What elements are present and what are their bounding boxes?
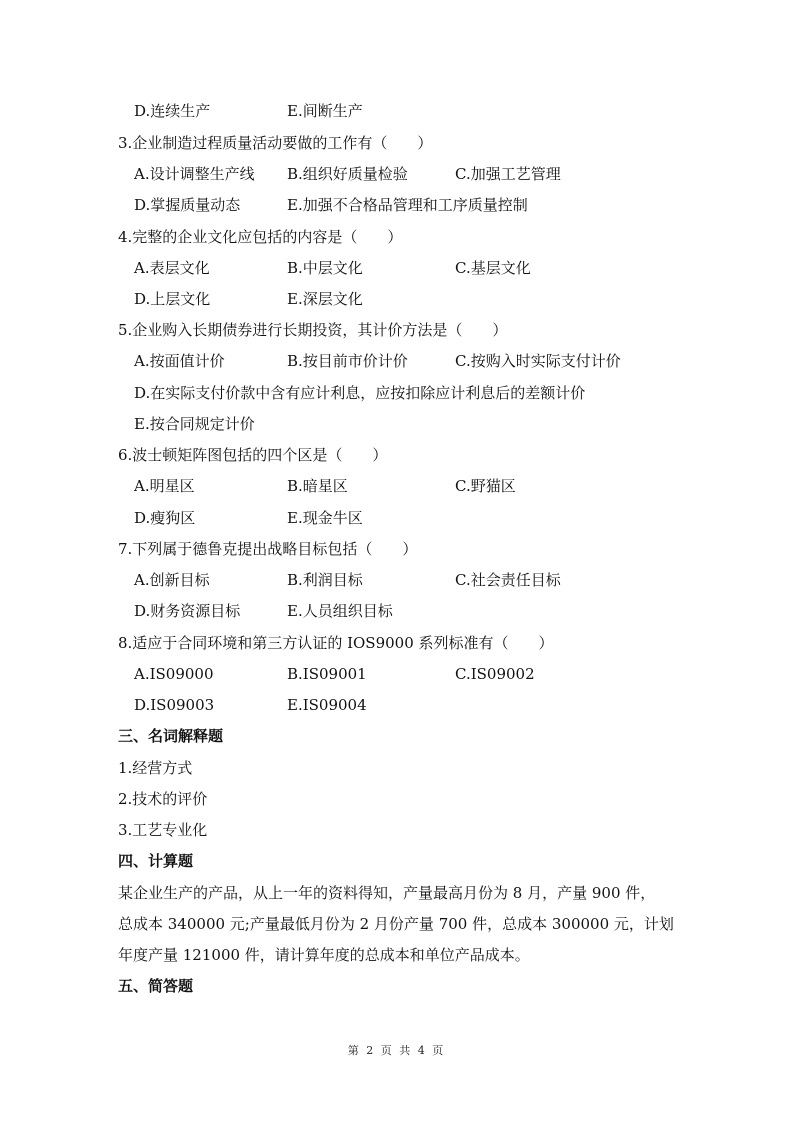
option-c: C.野猫区 <box>455 476 516 496</box>
question-stem: 7.下列属于德鲁克提出战略目标包括（ ） <box>118 539 417 559</box>
option-b: B.中层文化 <box>287 258 363 278</box>
section-heading: 五、简答题 <box>118 976 193 996</box>
option-d: D.财务资源目标 <box>134 601 240 621</box>
section-heading: 三、名词解释题 <box>118 726 223 746</box>
option-a: A.设计调整生产线 <box>134 164 255 184</box>
option-e: E.间断生产 <box>287 101 363 121</box>
term-item: 3.工艺专业化 <box>118 820 207 840</box>
term-item: 1.经营方式 <box>118 758 192 778</box>
question-stem: 4.完整的企业文化应包括的内容是（ ） <box>118 227 402 247</box>
option-a: A.IS09000 <box>134 664 214 684</box>
option-b: B.暗星区 <box>287 476 348 496</box>
option-b: B.组织好质量检验 <box>287 164 408 184</box>
option-a: A.表层文化 <box>134 258 210 278</box>
option-d: D.连续生产 <box>134 101 210 121</box>
option-e: E.按合同规定计价 <box>134 414 255 434</box>
option-a: A.明星区 <box>134 476 195 496</box>
section-heading: 四、计算题 <box>118 851 193 871</box>
option-e: E.深层文化 <box>287 289 363 309</box>
term-item: 2.技术的评价 <box>118 789 207 809</box>
option-e: E.人员组织目标 <box>287 601 393 621</box>
question-stem: 3.企业制造过程质量活动要做的工作有（ ） <box>118 133 432 153</box>
option-e: E.IS09004 <box>287 695 367 715</box>
question-stem: 6.波士顿矩阵图包括的四个区是（ ） <box>118 445 387 465</box>
option-d: D.上层文化 <box>134 289 210 309</box>
option-d: D.在实际支付价款中含有应计利息，应按扣除应计利息后的差额计价 <box>134 383 585 403</box>
problem-text-line: 总成本 340000 元;产量最低月份为 2 月份产量 700 件，总成本 30… <box>118 914 674 934</box>
option-d: D.瘦狗区 <box>134 508 195 528</box>
option-d: D.IS09003 <box>134 695 214 715</box>
option-b: B.按目前市价计价 <box>287 351 408 371</box>
option-a: A.按面值计价 <box>134 351 225 371</box>
option-e: E.现金牛区 <box>287 508 363 528</box>
option-c: C.基层文化 <box>455 258 531 278</box>
option-a: A.创新目标 <box>134 570 210 590</box>
question-stem: 5.企业购入长期债券进行长期投资，其计价方法是（ ） <box>118 320 507 340</box>
option-c: C.按购入时实际支付计价 <box>455 351 621 371</box>
option-b: B.利润目标 <box>287 570 363 590</box>
page-number-footer: 第 2 页 共 4 页 <box>0 1042 793 1058</box>
option-c: C.社会责任目标 <box>455 570 561 590</box>
problem-text-line: 年度产量 121000 件，请计算年度的总成本和单位产品成本。 <box>118 945 530 965</box>
problem-text-line: 某企业生产的产品，从上一年的资料得知，产量最高月份为 8 月，产量 900 件， <box>118 883 655 903</box>
option-d: D.掌握质量动态 <box>134 195 240 215</box>
question-stem: 8.适应于合同环境和第三方认证的 IOS9000 系列标准有（ ） <box>118 633 554 653</box>
option-b: B.IS09001 <box>287 664 367 684</box>
option-c: C.加强工艺管理 <box>455 164 561 184</box>
option-c: C.IS09002 <box>455 664 535 684</box>
option-e: E.加强不合格品管理和工序质量控制 <box>287 195 528 215</box>
